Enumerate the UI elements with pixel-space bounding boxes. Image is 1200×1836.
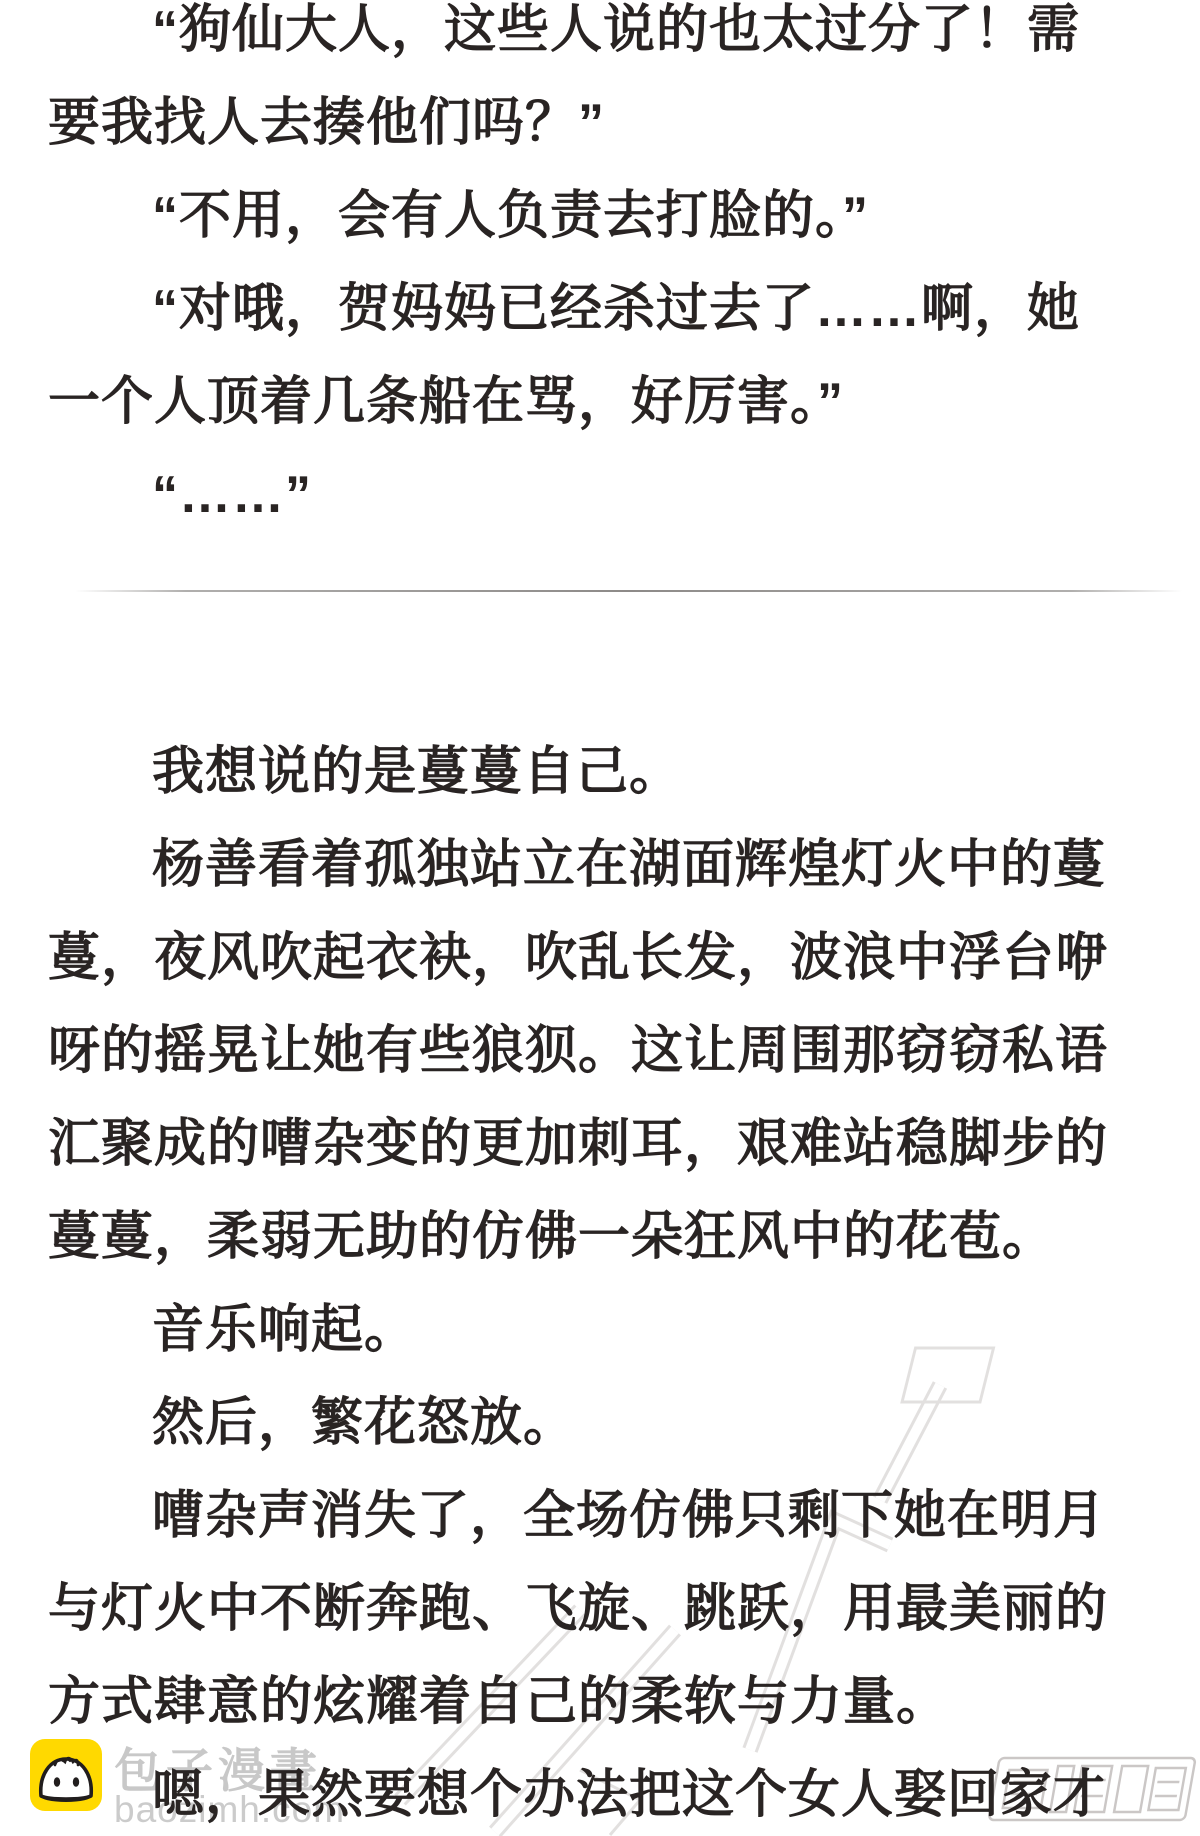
text-line: 一个人顶着几条船在骂，好厉害。” (48, 356, 1152, 449)
text-line: 与灯火中不断奔跑、飞旋、跳跃，用最美丽的 (48, 1563, 1152, 1656)
narration-section: 我想说的是蔓蔓自己。杨善看着孤独站立在湖面辉煌灯火中的蔓蔓，夜风吹起衣袂，吹乱长… (48, 726, 1152, 1836)
baozi-bun-icon (30, 1737, 104, 1813)
text-line: 汇聚成的嘈杂变的更加刺耳，艰难站稳脚步的 (48, 1098, 1152, 1191)
text-line: “狗仙大人，这些人说的也太过分了！需 (48, 0, 1152, 77)
text-line: 呀的摇晃让她有些狼狈。这让周围那窃窃私语 (48, 1005, 1152, 1098)
novel-text-page: “狗仙大人，这些人说的也太过分了！需要我找人去揍他们吗？”“不用，会有人负责去打… (48, 0, 1152, 1836)
text-line: “不用，会有人负责去打脸的。” (48, 170, 1152, 263)
text-line: “对哦，贺妈妈已经杀过去了……啊，她 (48, 263, 1152, 356)
text-line: 嗯，果然要想个办法把这个女人娶回家才 (48, 1749, 1152, 1836)
section-divider (75, 590, 1182, 592)
text-line: 我想说的是蔓蔓自己。 (48, 726, 1152, 819)
text-line: 要我找人去揍他们吗？” (48, 77, 1152, 170)
text-line: 杨善看着孤独站立在湖面辉煌灯火中的蔓 (48, 819, 1152, 912)
text-line: 蔓，夜风吹起衣袂，吹乱长发，波浪中浮台咿 (48, 912, 1152, 1005)
text-line: 方式肆意的炫耀着自己的柔软与力量。 (48, 1656, 1152, 1749)
dialogue-section: “狗仙大人，这些人说的也太过分了！需要我找人去揍他们吗？”“不用，会有人负责去打… (48, 0, 1152, 542)
text-line: 音乐响起。 (48, 1284, 1152, 1377)
text-line: 嘈杂声消失了，全场仿佛只剩下她在明月 (48, 1470, 1152, 1563)
text-line: “……” (48, 449, 1152, 542)
text-line: 然后，繁花怒放。 (48, 1377, 1152, 1470)
text-line: 蔓蔓，柔弱无助的仿佛一朵狂风中的花苞。 (48, 1191, 1152, 1284)
